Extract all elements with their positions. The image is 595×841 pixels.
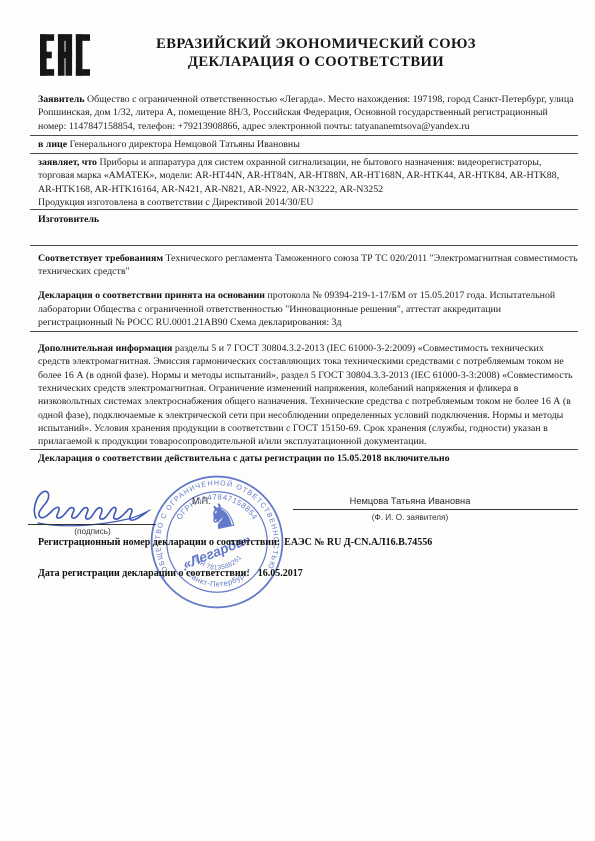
title-line-union: ЕВРАЗИЙСКИЙ ЭКОНОМИЧЕСКИЙ СОЮЗ — [90, 36, 542, 54]
basis-label: Декларация о соответствии принята на осн… — [38, 290, 265, 301]
registration-date-value: 16.05.2017 — [258, 568, 303, 579]
applicant-text: Общество с ограниченной ответственностью… — [38, 94, 574, 132]
declaration-document-page: ЕВРАЗИЙСКИЙ ЭКОНОМИЧЕСКИЙ СОЮЗ ДЕКЛАРАЦИ… — [0, 0, 595, 841]
production-note: Продукция изготовлена в соответствии с Д… — [38, 196, 578, 209]
document-header: ЕВРАЗИЙСКИЙ ЭКОНОМИЧЕСКИЙ СОЮЗ ДЕКЛАРАЦИ… — [38, 33, 578, 77]
manufacturer-label: Изготовитель — [38, 214, 99, 225]
validity-text: Декларация о соответствии действительна … — [38, 453, 450, 464]
name-caption: (Ф. И. О. заявителя) — [270, 513, 550, 522]
registration-number-label: Регистрационный номер декларации о соотв… — [38, 537, 280, 548]
represented-by-label: в лице — [38, 139, 67, 150]
manufacturer-paragraph: Изготовитель — [38, 213, 578, 226]
signature-line — [28, 524, 156, 525]
represented-by-text: Генерального директора Немцовой Татьяны … — [70, 139, 300, 150]
title-line-declaration: ДЕКЛАРАЦИЯ О СООТВЕТСТВИИ — [90, 54, 542, 72]
eac-logo-icon — [40, 33, 90, 77]
document-body: ЕВРАЗИЙСКИЙ ЭКОНОМИЧЕСКИЙ СОЮЗ ДЕКЛАРАЦИ… — [38, 0, 578, 465]
additional-info-paragraph: Дополнительная информация разделы 5 и 7 … — [38, 342, 578, 448]
applicant-label: Заявитель — [38, 94, 85, 105]
validity-paragraph: Декларация о соответствии действительна … — [38, 452, 578, 465]
divider — [30, 153, 578, 154]
basis-paragraph: Декларация о соответствии принята на осн… — [38, 289, 578, 329]
applicant-full-name: Немцова Татьяна Ивановна — [270, 496, 550, 506]
complies-label: Соответствует требованиям — [38, 253, 163, 264]
divider — [30, 245, 578, 246]
signature-handwriting-icon — [28, 484, 160, 528]
applicant-paragraph: Заявитель Общество с ограниченной ответс… — [38, 93, 578, 133]
declares-label: заявляет, что — [38, 157, 97, 168]
divider — [30, 331, 578, 332]
complies-paragraph: Соответствует требованиям Технического р… — [38, 252, 578, 279]
declares-paragraph: заявляет, что Приборы и аппаратура для с… — [38, 156, 578, 196]
divider — [30, 449, 578, 450]
additional-info-text: разделы 5 и 7 ГОСТ 30804.3.2-2013 (IEC 6… — [38, 343, 573, 447]
registration-date-line: Дата регистрации декларации о соответств… — [38, 568, 578, 579]
registration-number-line: Регистрационный номер декларации о соотв… — [38, 537, 578, 548]
name-line — [293, 509, 578, 510]
document-title: ЕВРАЗИЙСКИЙ ЭКОНОМИЧЕСКИЙ СОЮЗ ДЕКЛАРАЦИ… — [90, 36, 578, 71]
registration-number-value: ЕАЭС № RU Д-CN.АЛ16.В.74556 — [284, 537, 432, 548]
manufacturer-blank-space — [38, 227, 578, 245]
registration-date-label: Дата регистрации декларации о соответств… — [38, 568, 250, 579]
signature-caption: (подпись) — [45, 527, 140, 536]
declares-text: Приборы и аппаратура для систем охранной… — [38, 157, 559, 195]
divider — [30, 135, 578, 136]
additional-info-label: Дополнительная информация — [38, 343, 172, 354]
represented-by-paragraph: в лице Генерального директора Немцовой Т… — [38, 138, 578, 151]
divider — [30, 209, 578, 210]
